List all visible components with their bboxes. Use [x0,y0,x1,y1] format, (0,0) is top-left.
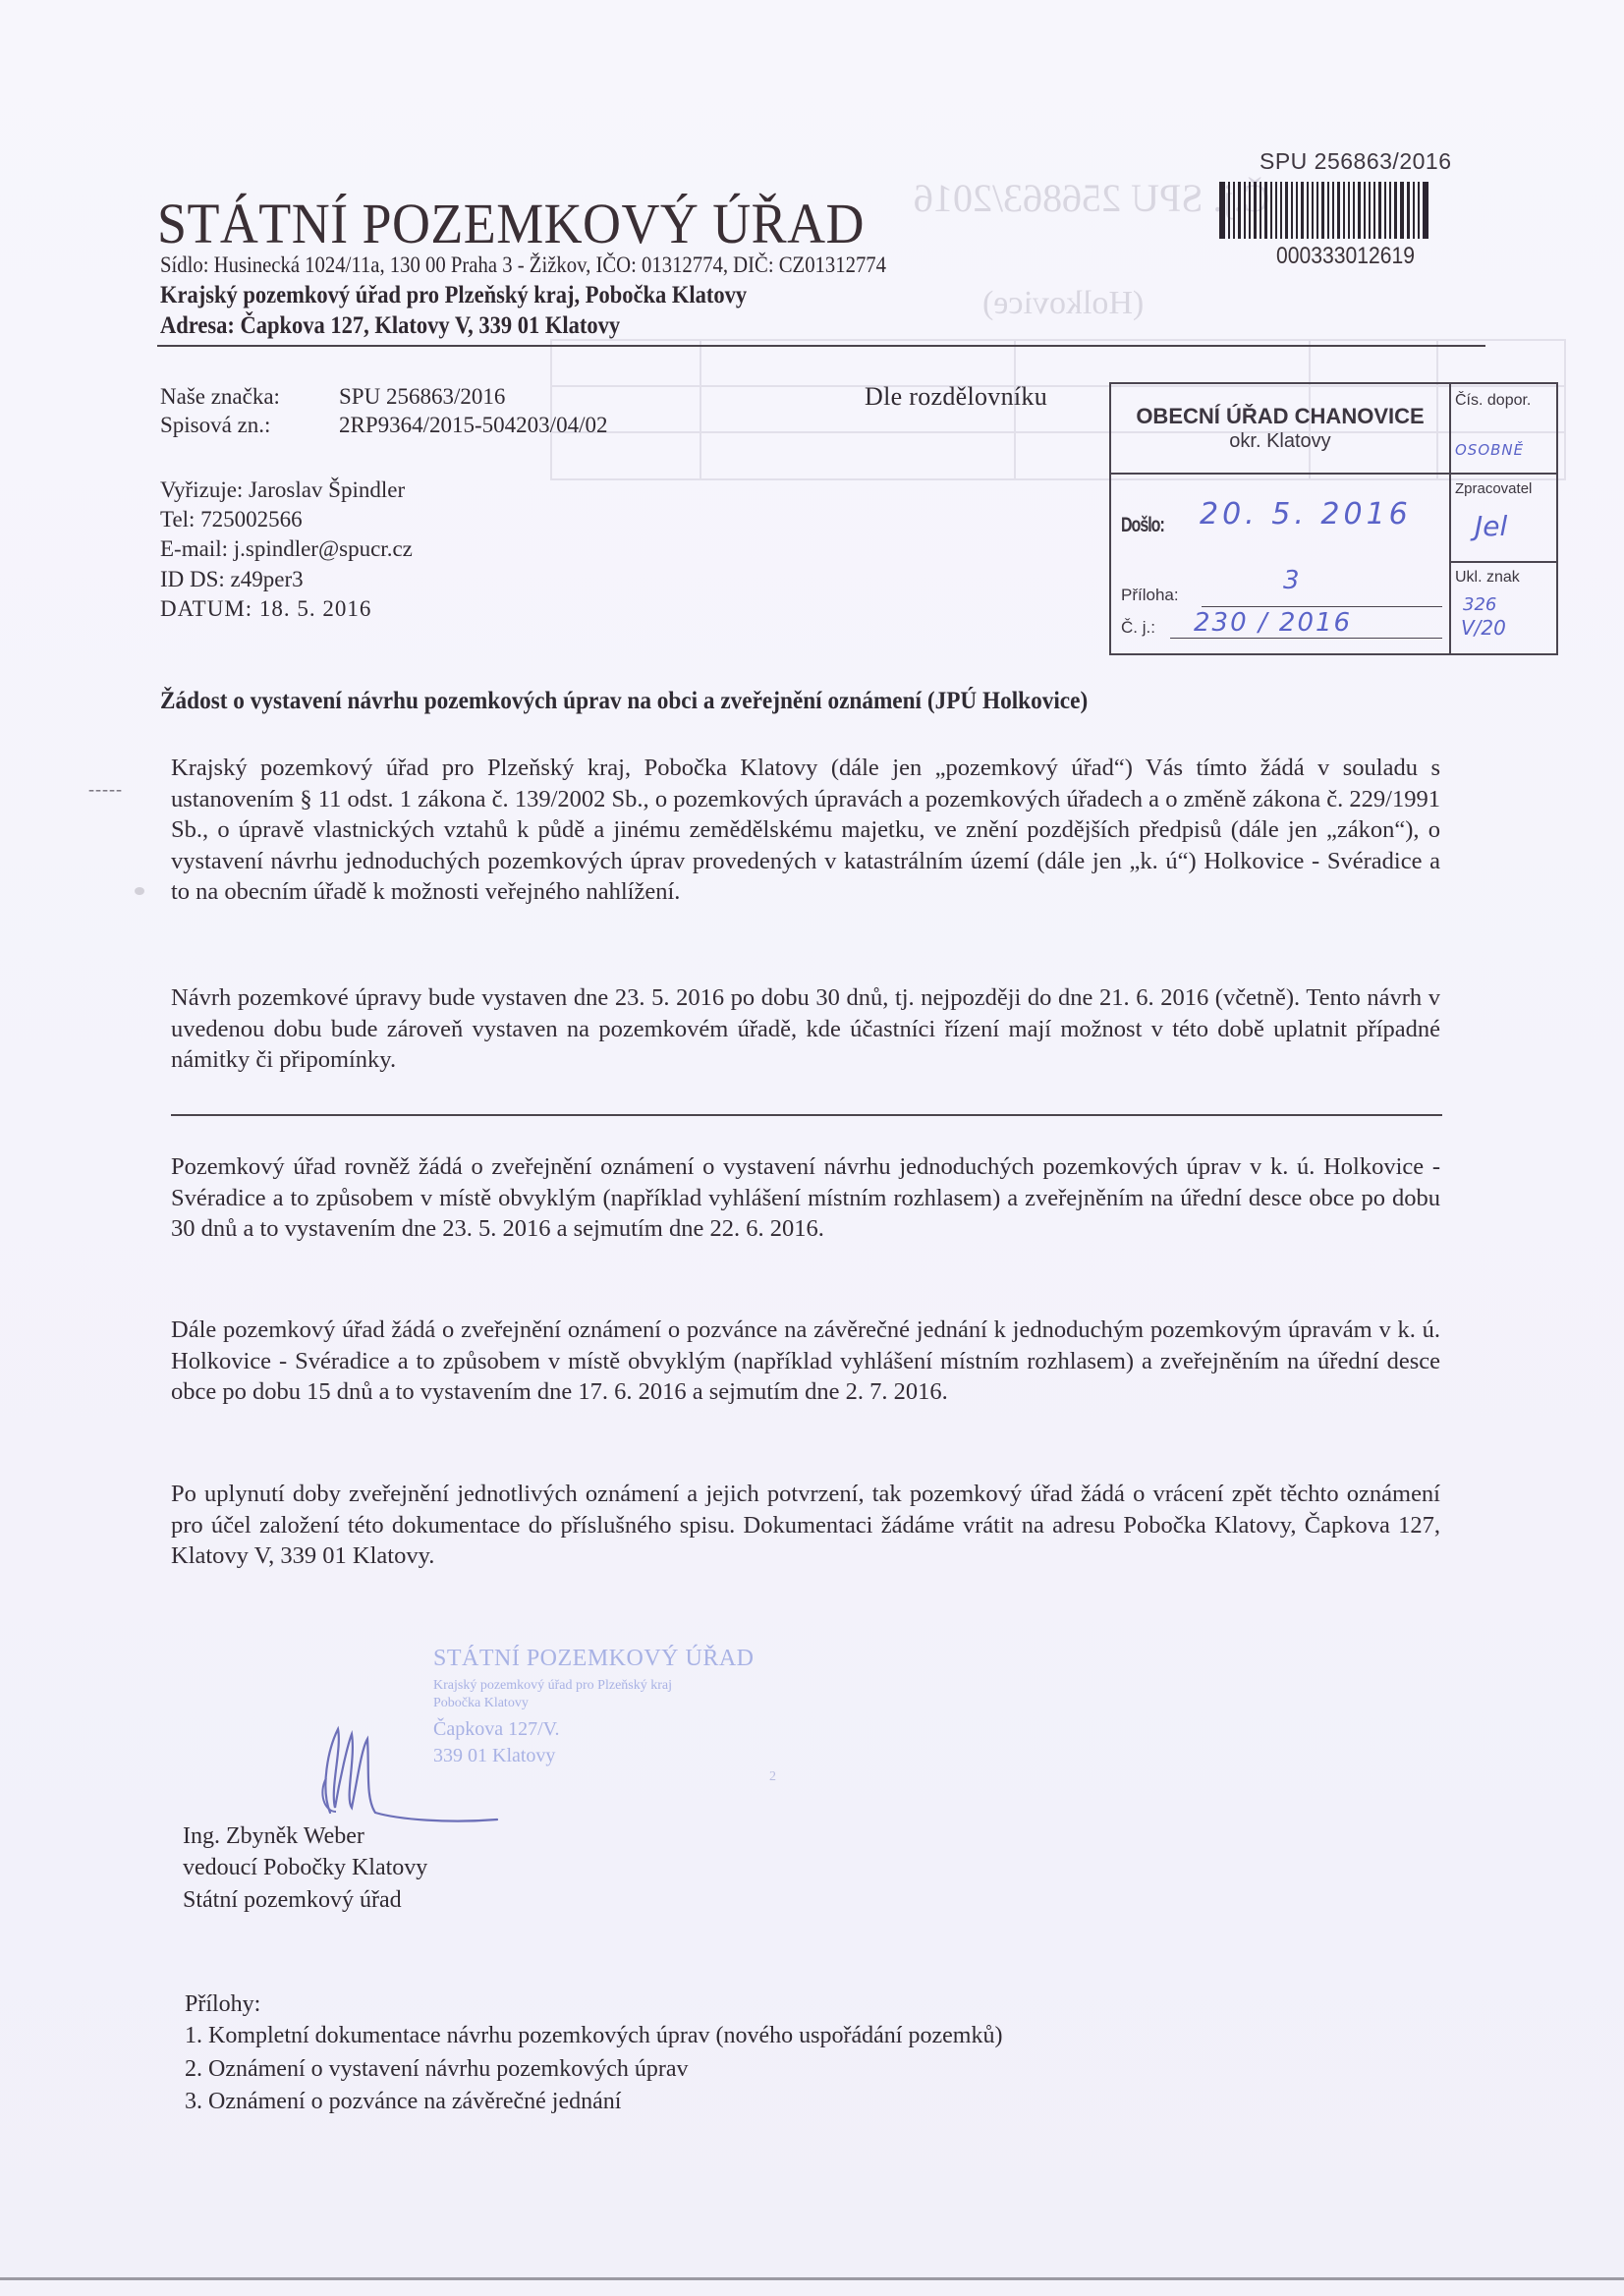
stamp-delivery-label: Čís. dopor. [1455,392,1531,410]
seal-line: Krajský pozemkový úřad pro Plzeňský kraj [433,1678,755,1694]
stamp-processor-value: Jel [1475,510,1507,542]
stamp-processor-label: Zpracovatel [1455,480,1532,497]
data-box-id: ID DS: z49per3 [160,567,304,592]
header-divider [157,345,1485,347]
stamp-ref-label: Č. j.: [1121,618,1155,638]
barcode-reference: SPU 256863/2016 [1260,148,1452,175]
bleed-through-ghost-text: Č.j. SPU 256863/2016 [914,175,1269,221]
our-reference-label: Naše značka: [160,384,339,410]
branch-name: Krajský pozemkový úřad pro Plzeňský kraj… [160,282,747,309]
stamp-received-date: 20. 5. 2016 [1200,497,1412,532]
stamp-district: okr. Klatovy [1111,430,1449,453]
letter-subject: Žádost o vystavení návrhu pozemkových úp… [160,688,1088,715]
attachments-title: Přílohy: [185,1991,260,2018]
stamp-received-label: Došlo: [1121,515,1164,537]
body-paragraph: Pozemkový úřad rovněž žádá o zveřejnění … [171,1151,1440,1245]
stamp-filing-label: Ukl. znak [1455,569,1520,587]
stamp-attachment-label: Příloha: [1121,586,1179,605]
stamp-ref-number: 230 / 2016 [1194,608,1352,638]
seal-number: 2 [769,1769,776,1785]
body-paragraph: Návrh pozemkové úpravy bude vystaven dne… [171,982,1440,1076]
body-paragraph: Po uplynutí doby zveřejnění jednotlivých… [171,1479,1440,1572]
organization-seat: Sídlo: Husinecká 1024/11a, 130 00 Praha … [160,252,886,278]
email: E-mail: j.spindler@spucr.cz [160,536,413,562]
document-page: Č.j. SPU 256863/2016 (Holkovice) STÁTNÍ … [0,0,1624,2280]
recipient: Dle rozdělovníku [865,382,1047,412]
stamp-filing-period: V/20 [1461,616,1506,640]
barcode-number: 000333012619 [1276,243,1415,270]
bleed-through-ghost-text: (Holkovice) [982,285,1144,322]
file-reference-value: 2RP9364/2015-504203/04/02 [339,413,607,437]
file-reference: Spisová zn.:2RP9364/2015-504203/04/02 [160,413,607,438]
body-divider [171,1114,1442,1116]
signature-icon [291,1709,507,1827]
branch-address: Adresa: Čapkova 127, Klatovy V, 339 01 K… [160,312,620,340]
attachment-item: 3. Oznámení o pozvánce na závěrečné jedn… [185,2089,621,2115]
document-date: DATUM: 18. 5. 2016 [160,596,371,622]
our-reference: Naše značka:SPU 256863/2016 [160,384,505,410]
handled-by: Vyřizuje: Jaroslav Špindler [160,477,405,503]
organization-title: STÁTNÍ POZEMKOVÝ ÚŘAD [157,191,865,256]
barcode-icon [1219,182,1508,239]
attachment-item: 2. Oznámení o vystavení návrhu pozemkový… [185,2056,689,2083]
registry-stamp: OBECNÍ ÚŘAD CHANOVICE okr. Klatovy Došlo… [1109,382,1558,655]
phone: Tel: 725002566 [160,507,303,532]
body-paragraph: Dále pozemkový úřad žádá o zveřejnění oz… [171,1315,1440,1408]
signer-organization: Státní pozemkový úřad [183,1887,402,1914]
file-reference-label: Spisová zn.: [160,413,339,438]
our-reference-value: SPU 256863/2016 [339,384,505,409]
body-paragraph: Krajský pozemkový úřad pro Plzeňský kraj… [171,753,1440,908]
stamp-delivery-value: OSOBNĚ [1455,441,1524,459]
stamp-attachment-count: 3 [1283,566,1300,595]
margin-mark: ----- [88,779,123,800]
seal-line: STÁTNÍ POZEMKOVÝ ÚŘAD [433,1646,755,1672]
stamp-filing-code: 326 [1463,594,1496,615]
margin-smudge [135,887,144,895]
stamp-office: OBECNÍ ÚŘAD CHANOVICE [1111,404,1449,429]
signer-name: Ing. Zbyněk Weber [183,1823,364,1850]
attachment-item: 1. Kompletní dokumentace návrhu pozemkov… [185,2023,1002,2049]
signer-position: vedoucí Pobočky Klatovy [183,1855,427,1881]
